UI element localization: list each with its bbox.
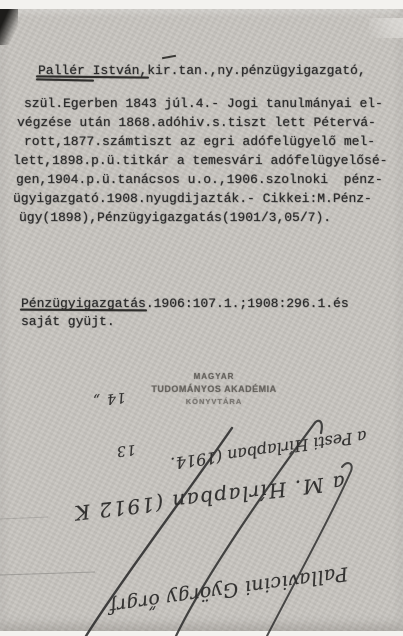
diagonal-pen-stroke-3: [267, 463, 352, 636]
scanned-index-card-page: Pallér István,kir.tan.,ny.pénzügyigazgat…: [0, 0, 403, 636]
diagonal-pen-stroke-2: [176, 421, 322, 636]
pen-cancellation-strokes: [0, 0, 403, 636]
diagonal-pen-stroke-1: [86, 428, 232, 636]
faint-scratch-line: [0, 517, 48, 519]
faint-scratch-line: [0, 572, 95, 575]
